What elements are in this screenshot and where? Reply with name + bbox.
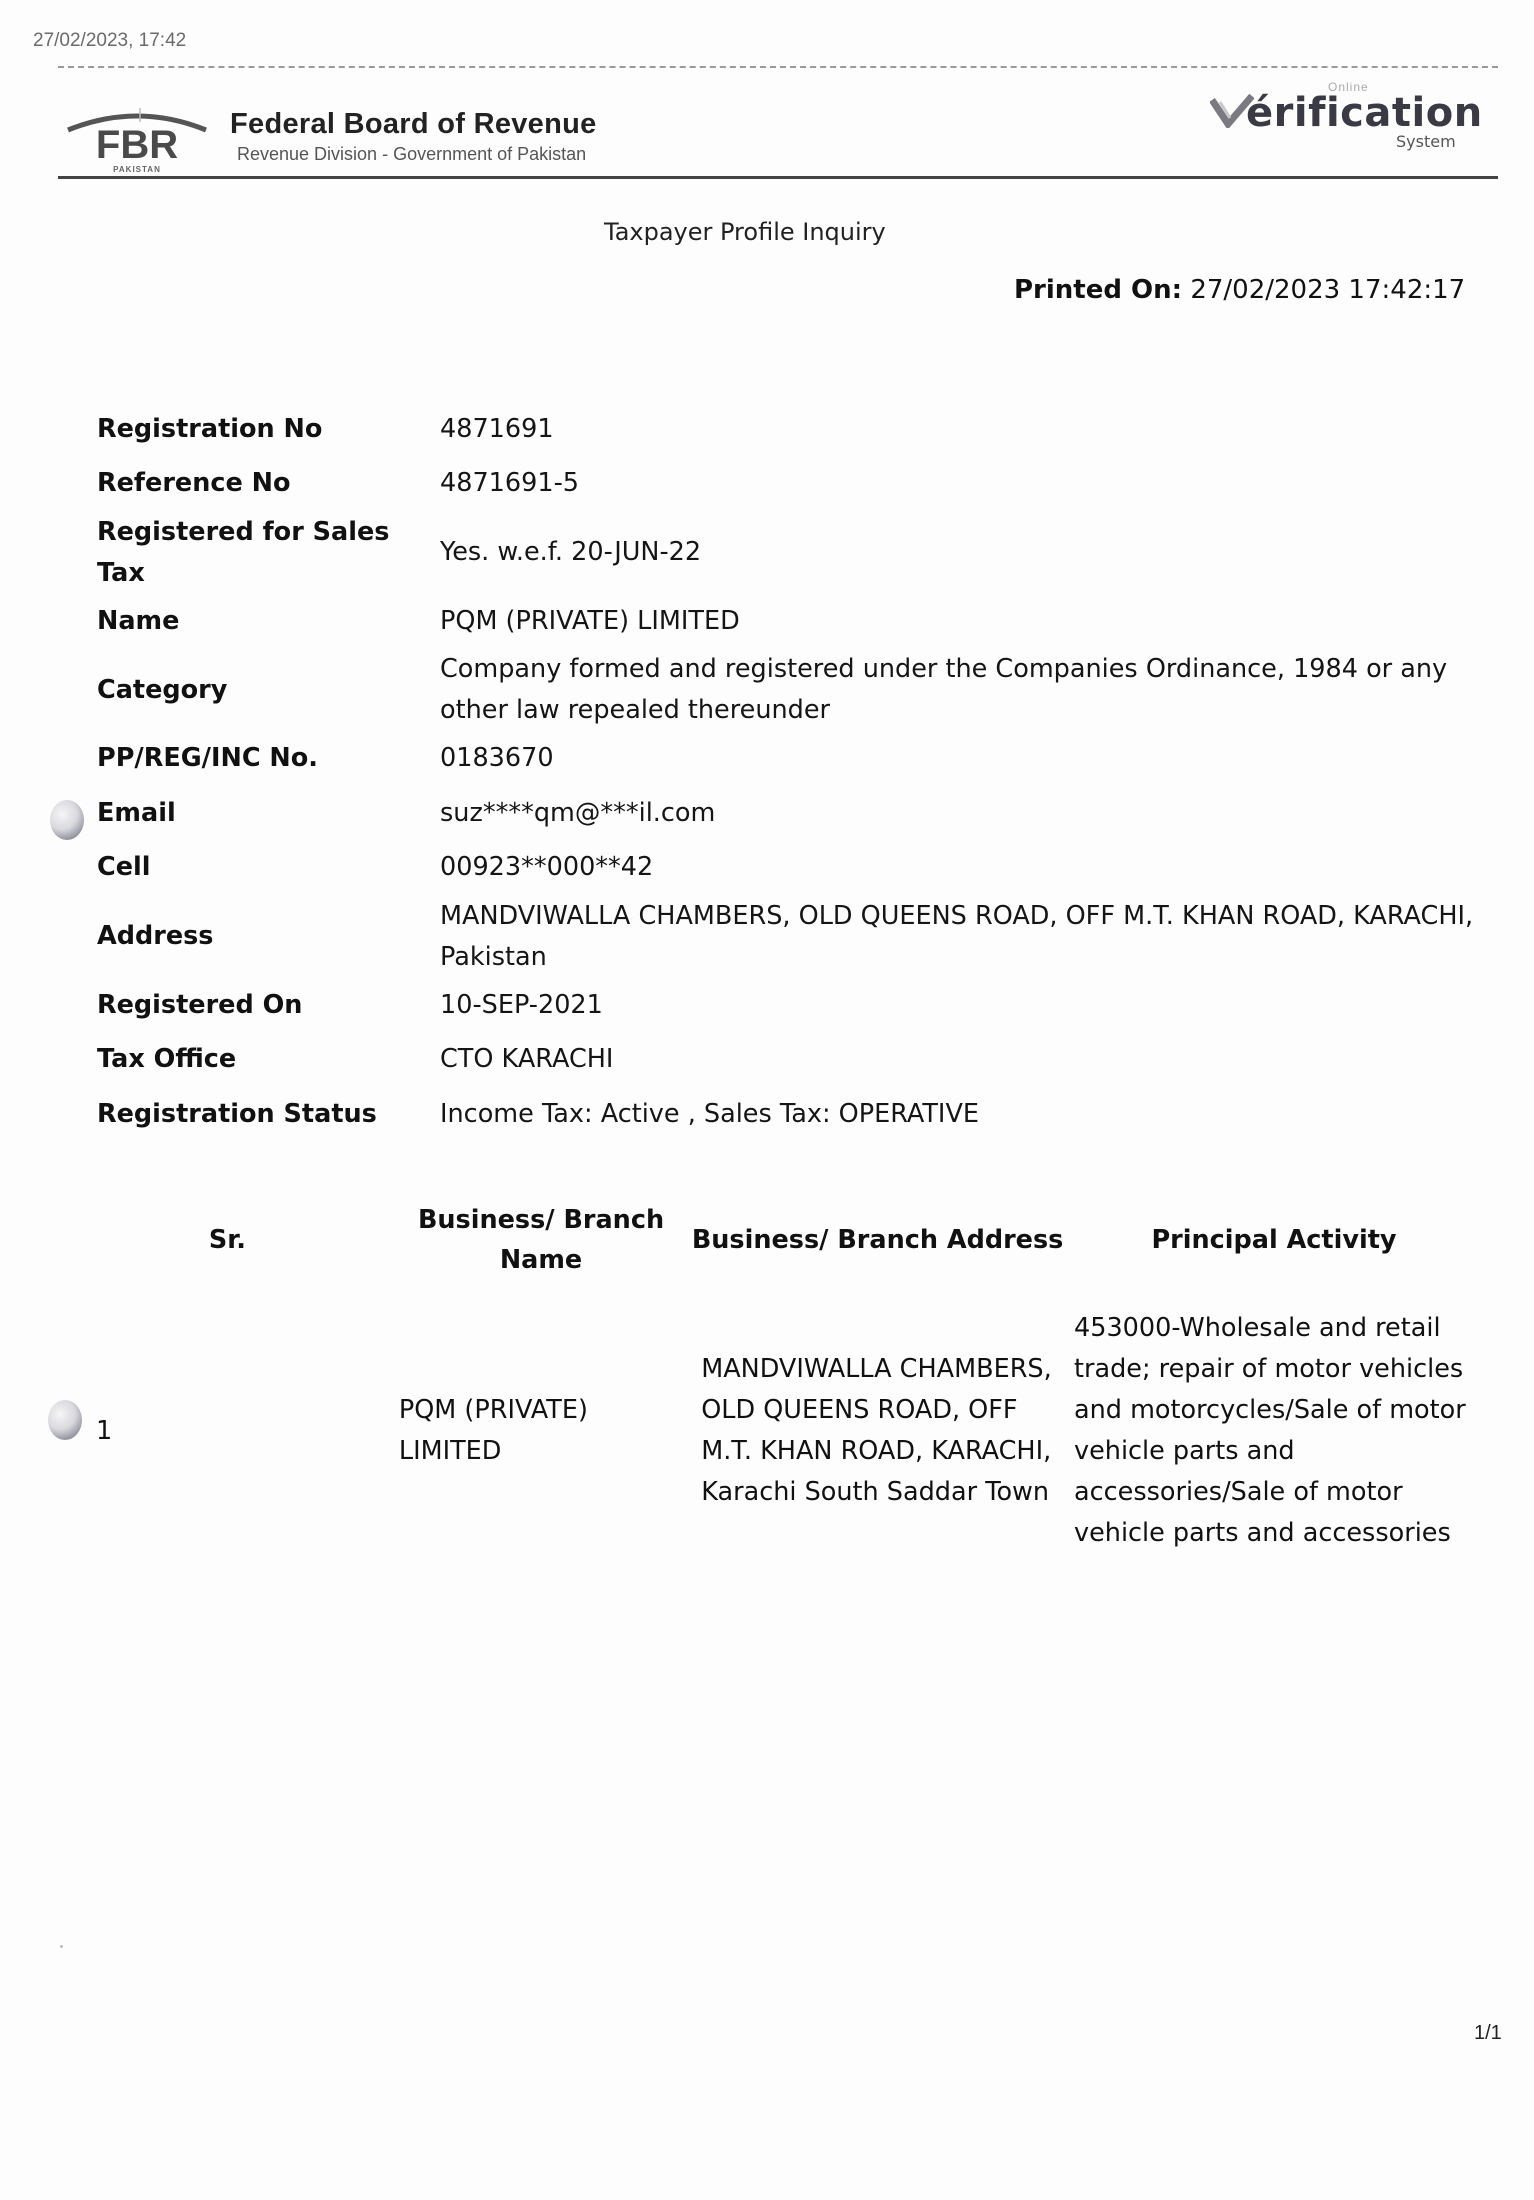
punch-hole-mark: [48, 1400, 82, 1440]
profile-value: suz****qm@***il.com: [440, 793, 1497, 834]
fbr-logo-text: FBR: [96, 123, 178, 167]
branch-sr: 1: [60, 1290, 395, 1554]
profile-key: Tax Office: [97, 1039, 440, 1080]
profile-value: PQM (PRIVATE) LIMITED: [440, 601, 1497, 642]
profile-row-registration-status: Registration Status Income Tax: Active ,…: [97, 1087, 1497, 1142]
fbr-arc-icon: FBR PAKISTAN: [62, 108, 212, 174]
verification-system-logo: Online érification System: [1210, 80, 1470, 160]
profile-value: Income Tax: Active , Sales Tax: OPERATIV…: [440, 1094, 1497, 1135]
printed-on: Printed On: 27/02/2023 17:42:17: [1014, 275, 1465, 305]
profile-row-name: Name PQM (PRIVATE) LIMITED: [97, 594, 1497, 649]
profile-value: Company formed and registered under the …: [440, 649, 1497, 731]
column-header-branch-name: Business/ Branch Name: [395, 1190, 687, 1290]
punch-hole-mark: [50, 800, 84, 840]
profile-key: Category: [97, 670, 440, 711]
printed-on-value: 27/02/2023 17:42:17: [1190, 275, 1465, 305]
profile-key: Registration Status: [97, 1094, 440, 1135]
column-header-sr: Sr.: [60, 1190, 395, 1290]
profile-key: Cell: [97, 847, 440, 888]
org-subtitle: Revenue Division - Government of Pakista…: [237, 144, 586, 165]
column-header-principal-activity: Principal Activity: [1068, 1190, 1480, 1290]
profile-key: Registered for Sales Tax: [97, 512, 440, 594]
verification-word: érification: [1246, 90, 1483, 136]
profile-row-cell: Cell 00923**000**42: [97, 841, 1497, 896]
profile-row-registration-no: Registration No 4871691: [97, 402, 1497, 457]
profile-key: PP/REG/INC No.: [97, 738, 440, 779]
column-header-branch-address: Business/ Branch Address: [687, 1190, 1068, 1290]
profile-row-sales-tax: Registered for Sales Tax Yes. w.e.f. 20-…: [97, 511, 1497, 594]
profile-row-tax-office: Tax Office CTO KARACHI: [97, 1033, 1497, 1088]
profile-key: Registration No: [97, 409, 440, 450]
page-title: Taxpayer Profile Inquiry: [604, 218, 886, 246]
profile-row-email: Email suz****qm@***il.com: [97, 786, 1497, 841]
profile-value: CTO KARACHI: [440, 1039, 1497, 1080]
branch-name: PQM (PRIVATE) LIMITED: [395, 1290, 687, 1554]
taxpayer-profile: Registration No 4871691 Reference No 487…: [97, 402, 1497, 1142]
branch-table-header: Sr. Business/ Branch Name Business/ Bran…: [60, 1190, 1480, 1290]
printed-on-label: Printed On:: [1014, 275, 1182, 305]
profile-value: 00923**000**42: [440, 847, 1497, 888]
profile-key: Reference No: [97, 463, 440, 504]
profile-value: 10-SEP-2021: [440, 985, 1497, 1026]
profile-row-registered-on: Registered On 10-SEP-2021: [97, 978, 1497, 1033]
profile-key: Address: [97, 916, 440, 957]
profile-row-category: Category Company formed and registered u…: [97, 649, 1497, 732]
profile-row-reference-no: Reference No 4871691-5: [97, 457, 1497, 512]
profile-row-address: Address MANDVIWALLA CHAMBERS, OLD QUEENS…: [97, 895, 1497, 978]
fbr-logo-country: PAKISTAN: [113, 165, 161, 174]
profile-row-pp-reg-inc: PP/REG/INC No. 0183670: [97, 732, 1497, 787]
profile-value: MANDVIWALLA CHAMBERS, OLD QUEENS ROAD, O…: [440, 896, 1497, 978]
profile-key: Email: [97, 793, 440, 834]
profile-key: Registered On: [97, 985, 440, 1026]
profile-value: 0183670: [440, 738, 1497, 779]
header-divider-top: [58, 66, 1498, 68]
org-name: Federal Board of Revenue: [230, 108, 597, 141]
profile-value: 4871691-5: [440, 463, 1497, 504]
table-row: 1 PQM (PRIVATE) LIMITED MANDVIWALLA CHAM…: [60, 1290, 1480, 1554]
scan-speck: [60, 1945, 63, 1948]
profile-value: Yes. w.e.f. 20-JUN-22: [440, 532, 1497, 573]
branch-table: Sr. Business/ Branch Name Business/ Bran…: [60, 1190, 1480, 1554]
branch-activity: 453000-Wholesale and retail trade; repai…: [1068, 1290, 1480, 1554]
branch-address: MANDVIWALLA CHAMBERS, OLD QUEENS ROAD, O…: [687, 1290, 1068, 1554]
print-timestamp: 27/02/2023, 17:42: [33, 30, 186, 52]
page-number: 1/1: [1474, 2022, 1502, 2045]
fbr-logo: FBR PAKISTAN: [62, 108, 212, 174]
profile-value: 4871691: [440, 409, 1497, 450]
header-divider-bottom: [58, 176, 1498, 179]
verification-system-label: System: [1396, 132, 1456, 151]
profile-key: Name: [97, 601, 440, 642]
